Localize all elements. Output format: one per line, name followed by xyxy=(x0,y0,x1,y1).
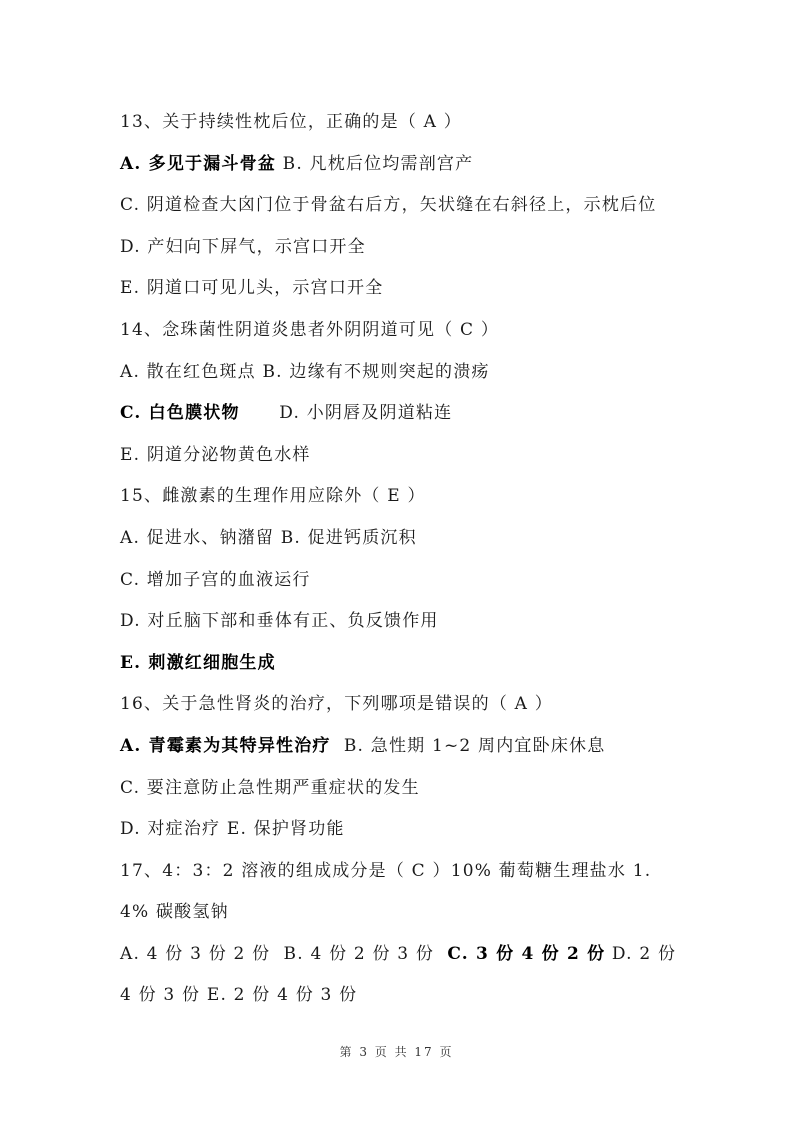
question-14-options-ab: A. 散在红色斑点 B. 边缘有不规则突起的溃疡 xyxy=(120,352,680,394)
question-13-option-d: D. 产妇向下屏气，示宫口开全 xyxy=(120,227,680,269)
question-13-option-e: E. 阴道口可见儿头，示宫口开全 xyxy=(120,268,680,310)
question-16-options-de: D. 对症治疗 E. 保护肾功能 xyxy=(120,809,680,851)
question-15-options-ab: A. 促进水、钠潴留 B. 促进钙质沉积 xyxy=(120,518,680,560)
question-14-option-e: E. 阴道分泌物黄色水样 xyxy=(120,435,680,477)
question-15-option-c: C. 增加子宫的血液运行 xyxy=(120,560,680,602)
option-answer: A. 多见于漏斗骨盆 xyxy=(120,154,276,174)
question-16-options-ab: A. 青霉素为其特异性治疗 B. 急性期 1~2 周内宜卧床休息 xyxy=(120,726,680,768)
option: B. 急性期 1~2 周内宜卧床休息 xyxy=(331,736,606,756)
question-list: 13、关于持续性枕后位，正确的是（ A ） A. 多见于漏斗骨盆 B. 凡枕后位… xyxy=(120,102,680,1017)
question-14-stem: 14、念珠菌性阴道炎患者外阴阴道可见（ C ） xyxy=(120,310,680,352)
page-footer: 第 3 页 共 17 页 xyxy=(0,1043,793,1060)
question-16-option-c: C. 要注意防止急性期严重症状的发生 xyxy=(120,768,680,810)
question-13-stem: 13、关于持续性枕后位，正确的是（ A ） xyxy=(120,102,680,144)
option: D. 小阴唇及阴道粘连 xyxy=(240,403,453,423)
question-15-option-d: D. 对丘脑下部和垂体有正、负反馈作用 xyxy=(120,601,680,643)
option: A. 4 份 3 份 2 份 B. 4 份 2 份 3 份 xyxy=(120,944,447,964)
question-17-options: A. 4 份 3 份 2 份 B. 4 份 2 份 3 份 C. 3 份 4 份… xyxy=(120,934,680,1017)
option-answer: C. 3 份 4 份 2 份 xyxy=(447,944,605,964)
option: B. 凡枕后位均需剖宫产 xyxy=(276,154,473,174)
option-answer: A. 青霉素为其特异性治疗 xyxy=(120,736,331,756)
document-page: 13、关于持续性枕后位，正确的是（ A ） A. 多见于漏斗骨盆 B. 凡枕后位… xyxy=(0,0,793,1122)
question-16-stem: 16、关于急性肾炎的治疗，下列哪项是错误的（ A ） xyxy=(120,684,680,726)
question-15-option-e-answer: E. 刺激红细胞生成 xyxy=(120,643,680,685)
question-14-options-cd: C. 白色膜状物 D. 小阴唇及阴道粘连 xyxy=(120,393,680,435)
question-13-options-ab: A. 多见于漏斗骨盆 B. 凡枕后位均需剖宫产 xyxy=(120,144,680,186)
option-answer: C. 白色膜状物 xyxy=(120,403,240,423)
question-13-option-c: C. 阴道检查大囟门位于骨盆右后方，矢状缝在右斜径上，示枕后位 xyxy=(120,185,680,227)
question-17-stem: 17、4：3：2 溶液的组成成分是（ C ）10% 葡萄糖生理盐水 1. 4% … xyxy=(120,851,680,934)
question-15-stem: 15、雌激素的生理作用应除外（ E ） xyxy=(120,476,680,518)
